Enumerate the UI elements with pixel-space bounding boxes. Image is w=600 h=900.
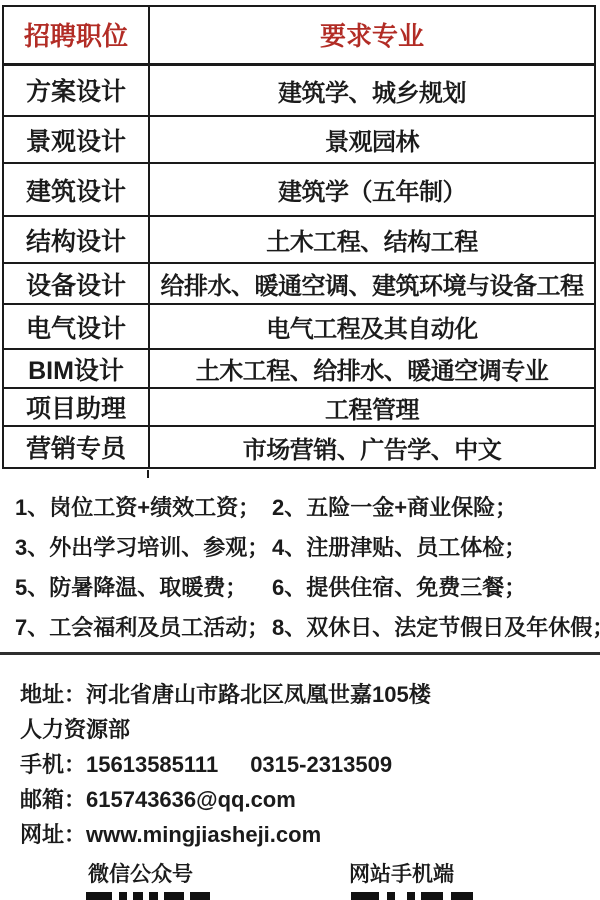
website-label: 网址： <box>20 822 86 847</box>
benefit-item: 3、外出学习培训、参观； <box>15 536 272 559</box>
column-divider-stub <box>147 470 149 478</box>
header-position: 招聘职位 <box>3 6 149 64</box>
position-cell: 结构设计 <box>3 216 149 263</box>
benefit-line: 5、防暑降温、取暖费； 6、提供住宿、免费三餐； <box>15 576 600 599</box>
email-label: 邮箱： <box>20 787 86 812</box>
position-cell: 电气设计 <box>3 304 149 349</box>
section-divider <box>0 652 600 655</box>
mobile-site-qr-label: 网站手机端 <box>349 863 454 886</box>
address-label: 地址： <box>20 682 86 707</box>
department-line: 人力资源部 <box>20 718 590 741</box>
majors-cell: 土木工程、给排水、暖通空调专业 <box>149 349 595 388</box>
table-header-row: 招聘职位 要求专业 <box>3 6 595 64</box>
benefit-item: 1、岗位工资+绩效工资； <box>15 496 272 519</box>
website-value: www.mingjiasheji.com <box>86 822 321 847</box>
website-line: 网址：www.mingjiasheji.com <box>20 823 590 846</box>
table-row: 方案设计 建筑学、城乡规划 <box>3 64 595 116</box>
position-cell: BIM设计 <box>3 349 149 388</box>
benefit-item: 5、防暑降温、取暖费； <box>15 576 272 599</box>
address-value: 河北省唐山市路北区凤凰世嘉105楼 <box>86 682 431 707</box>
benefit-item: 6、提供住宿、免费三餐； <box>272 576 526 599</box>
table-row: 电气设计 电气工程及其自动化 <box>3 304 595 349</box>
position-cell: 景观设计 <box>3 116 149 163</box>
position-cell: 建筑设计 <box>3 163 149 216</box>
table-row: 营销专员 市场营销、广告学、中文 <box>3 426 595 468</box>
benefit-line: 3、外出学习培训、参观； 4、注册津贴、员工体检； <box>15 536 600 559</box>
majors-cell: 土木工程、结构工程 <box>149 216 595 263</box>
majors-cell: 建筑学（五年制） <box>149 163 595 216</box>
benefit-item: 7、工会福利及员工活动； <box>15 616 272 639</box>
contact-info: 地址：河北省唐山市路北区凤凰世嘉105楼 人力资源部 手机：1561358511… <box>20 683 590 858</box>
email-value: 615743636@qq.com <box>86 787 296 812</box>
benefit-item: 8、双休日、法定节假日及年休假； <box>272 616 600 639</box>
mobile-label: 手机： <box>20 752 86 777</box>
mobile-site-qr-code-icon <box>351 892 473 900</box>
header-majors: 要求专业 <box>149 6 595 64</box>
phone-line: 手机：156135851110315-2313509 <box>20 753 590 776</box>
table-row: 景观设计 景观园林 <box>3 116 595 163</box>
table-row: 结构设计 土木工程、结构工程 <box>3 216 595 263</box>
table-row: 项目助理 工程管理 <box>3 388 595 426</box>
table-row: BIM设计 土木工程、给排水、暖通空调专业 <box>3 349 595 388</box>
majors-cell: 电气工程及其自动化 <box>149 304 595 349</box>
majors-cell: 给排水、暖通空调、建筑环境与设备工程 <box>149 263 595 304</box>
jobs-table: 招聘职位 要求专业 方案设计 建筑学、城乡规划 景观设计 景观园林 建筑设计 建… <box>2 5 596 469</box>
majors-cell: 景观园林 <box>149 116 595 163</box>
mobile-number: 15613585111 <box>86 752 218 777</box>
position-cell: 营销专员 <box>3 426 149 468</box>
wechat-qr-label: 微信公众号 <box>88 863 193 886</box>
table-row: 建筑设计 建筑学（五年制） <box>3 163 595 216</box>
position-cell: 项目助理 <box>3 388 149 426</box>
position-cell: 方案设计 <box>3 64 149 116</box>
position-cell: 设备设计 <box>3 263 149 304</box>
benefit-line: 1、岗位工资+绩效工资； 2、五险一金+商业保险； <box>15 496 600 519</box>
table-row: 设备设计 给排水、暖通空调、建筑环境与设备工程 <box>3 263 595 304</box>
majors-cell: 市场营销、广告学、中文 <box>149 426 595 468</box>
benefit-line: 7、工会福利及员工活动； 8、双休日、法定节假日及年休假； <box>15 616 600 639</box>
majors-cell: 建筑学、城乡规划 <box>149 64 595 116</box>
majors-cell: 工程管理 <box>149 388 595 426</box>
benefits-list: 1、岗位工资+绩效工资； 2、五险一金+商业保险； 3、外出学习培训、参观； 4… <box>15 496 600 656</box>
benefit-item: 4、注册津贴、员工体检； <box>272 536 526 559</box>
benefit-item: 2、五险一金+商业保险； <box>272 496 517 519</box>
address-line: 地址：河北省唐山市路北区凤凰世嘉105楼 <box>20 683 590 706</box>
wechat-qr-code-icon <box>86 892 210 900</box>
email-line: 邮箱：615743636@qq.com <box>20 788 590 811</box>
recruitment-poster: { "table": { "headers": { "position": "招… <box>0 0 600 900</box>
telephone-number: 0315-2313509 <box>250 752 392 777</box>
